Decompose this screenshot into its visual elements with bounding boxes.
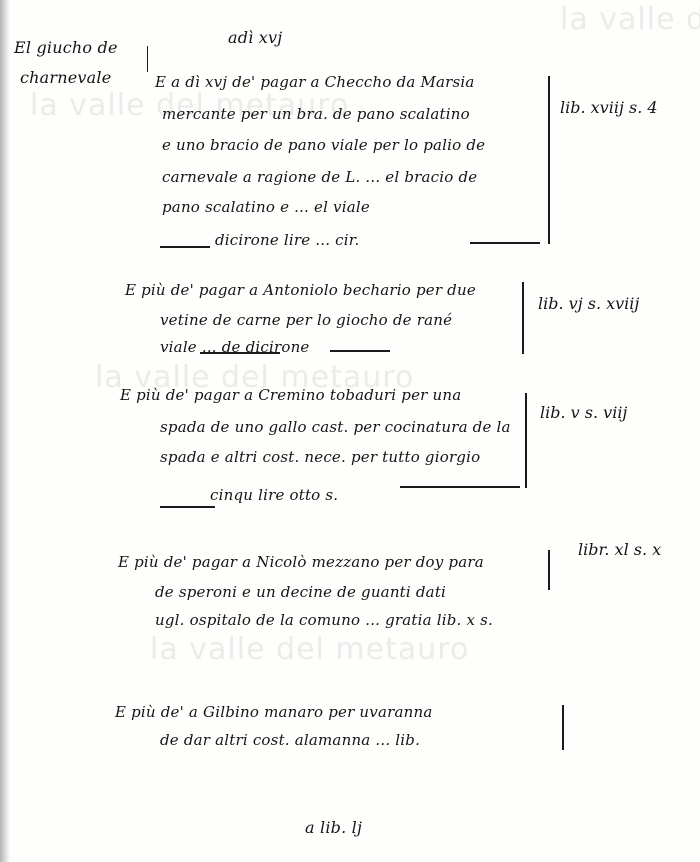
entry-line: E a dì xvj de' pagar a Checcho da Marsia [155, 75, 475, 90]
filler-rule [400, 486, 520, 488]
entry-line: dicirone lire ... cir. [215, 233, 359, 248]
entry-line: E più de' pagar a Cremino tobaduri per u… [120, 388, 461, 403]
entry-bracket [548, 76, 550, 244]
filler-rule [470, 242, 540, 244]
watermark: la valle del metauro [150, 632, 469, 667]
entry-line: carnevale a ragione de L. ... el bracio … [162, 170, 477, 185]
date-header: adì xvj [228, 30, 282, 46]
entry-bracket [522, 282, 524, 354]
page-binding-edge [0, 0, 10, 862]
filler-rule [160, 506, 215, 508]
entry-line: ugl. ospitalo de la comuno ... gratia li… [155, 613, 493, 628]
entry-line: de dar altri cost. alamanna ... lib. [160, 733, 420, 748]
manuscript-page: la valle del metauro la valle del metaur… [0, 0, 700, 862]
margin-heading-line1: El giucho de [14, 40, 118, 56]
entry-line: mercante per un bra. de pano scalatino [162, 107, 470, 122]
footer-total: a lib. lj [305, 820, 362, 836]
entry-line: spada e altri cost. nece. per tutto gior… [160, 450, 480, 465]
entry-line: E più de' a Gilbino manaro per uvaranna [115, 705, 432, 720]
entry-line: spada de uno gallo cast. per cocinatura … [160, 420, 511, 435]
entry-line: de speroni e un decine de guanti dati [155, 585, 446, 600]
filler-rule [160, 246, 210, 248]
entry-amount: lib. vj s. xviij [538, 294, 639, 313]
entry-amount: lib. v s. viij [540, 403, 627, 422]
entry-line: E più de' pagar a Nicolò mezzano per doy… [118, 555, 484, 570]
entry-line: vetine de carne per lo giocho de rané [160, 313, 452, 328]
entry-bracket [548, 550, 550, 590]
entry-amount: libr. xl s. x [578, 540, 661, 559]
margin-divider [147, 46, 148, 72]
entry-amount: lib. xviij s. 4 [560, 98, 658, 117]
margin-heading-line2: charnevale [20, 70, 111, 86]
entry-line: e uno bracio de pano viale per lo palio … [162, 138, 485, 153]
filler-rule [330, 350, 390, 352]
entry-line: E più de' pagar a Antoniolo bechario per… [125, 283, 476, 298]
entry-line: cinqu lire otto s. [210, 488, 338, 503]
filler-rule [200, 352, 280, 354]
entry-bracket [525, 393, 527, 488]
entry-line: pano scalatino e ... el viale [162, 200, 370, 215]
entry-bracket [562, 705, 564, 750]
watermark: la valle del metauro [560, 2, 700, 37]
